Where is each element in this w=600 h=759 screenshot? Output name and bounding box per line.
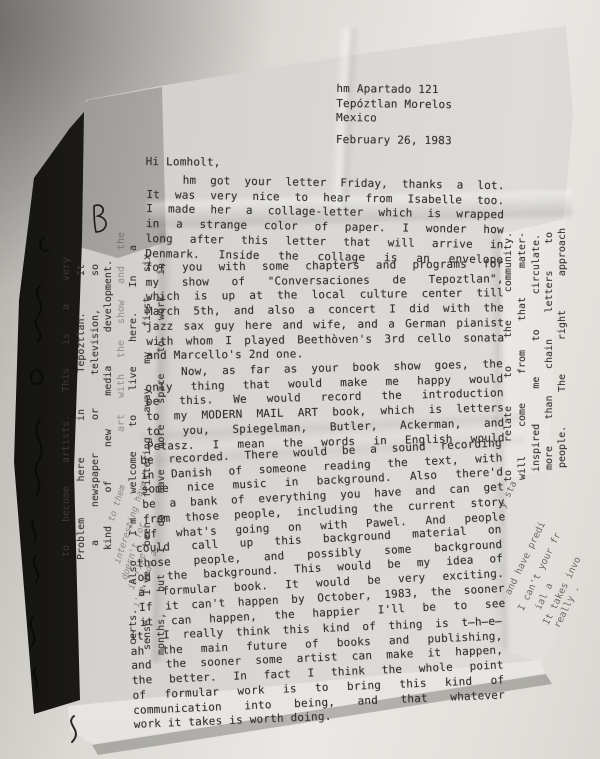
salutation: Hi Lomholt,: [146, 155, 504, 173]
handwriting-squiggles: [10, 220, 66, 720]
paragraph-2-part-3: could call up this background material o…: [136, 523, 506, 630]
right-fold-line: to relate to the community.: [502, 232, 515, 482]
left-fold-line: a newspaper or television, so: [89, 264, 102, 546]
sender-line: Mexico: [336, 111, 504, 127]
handwriting-mark: [84, 200, 110, 240]
right-fold-line: people. The right approach: [556, 228, 569, 468]
handwriting-mark-bottom: [58, 712, 88, 748]
right-fold-line: inspired me to circulate.: [530, 234, 543, 472]
right-fold-line: will come from that mater-: [516, 232, 529, 480]
sender-line: hm Apartado 121: [336, 82, 504, 98]
letter-heading-block: hm Apartado 121Tepóztlan MorelosMexico F…: [146, 80, 505, 173]
left-fold-line: to become artists. This is a very: [60, 257, 73, 557]
left-fold-line: months, but I do have more space to work…: [155, 263, 168, 655]
right-fold-line: more than chain letters to: [543, 232, 556, 470]
letter-photo: hm Apartado 121Tepóztlan MorelosMexico F…: [0, 0, 600, 759]
paragraph-2-part-4: it. I really think this kind of thing is…: [130, 615, 506, 733]
left-fold-line: Problem here in Tepóztlan. It: [75, 264, 88, 560]
sender-address: hm Apartado 121Tepóztlan MorelosMexico: [336, 82, 504, 128]
date-line: February 26, 1983: [336, 133, 504, 149]
letter-date: February 26, 1983: [336, 133, 504, 149]
paragraph-1-lower: for you with some chapters and programs …: [145, 257, 504, 364]
salutation-line: Hi Lomholt,: [146, 155, 504, 173]
paragraph-1-upper: hm got your letter Friday, thanks a lot.…: [145, 173, 504, 267]
typed-letter: hm Apartado 121Tepóztlan MorelosMexico F…: [146, 80, 504, 733]
